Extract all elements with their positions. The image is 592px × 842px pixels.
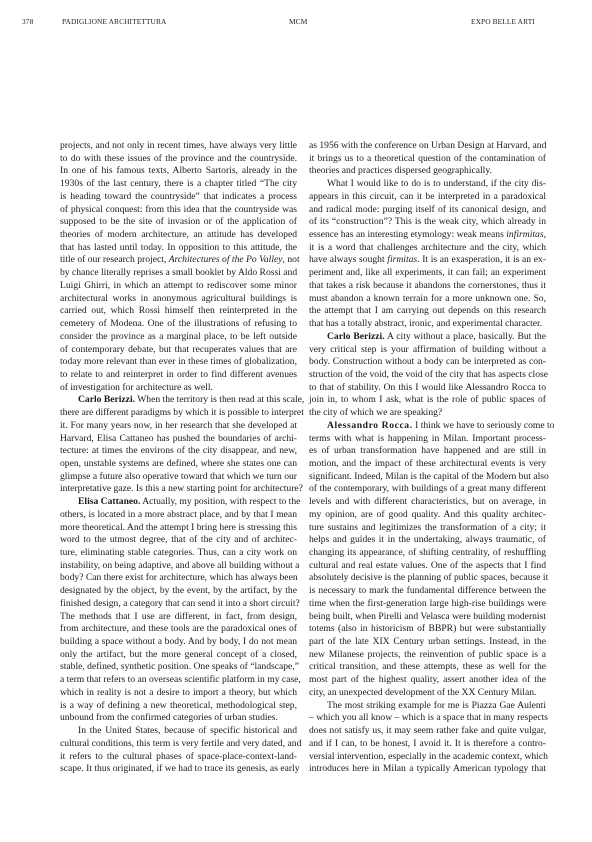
text-line: interpretative gaze. Is this a new start…	[60, 483, 297, 496]
text-line: absolutely decisive is the planning of p…	[309, 572, 546, 585]
line-text: finished design, a category that can sen…	[60, 598, 300, 609]
text-line: instability, on being adaptive, and abov…	[60, 560, 297, 573]
line-text: Luigi Ghirri, in which an attempt to red…	[60, 280, 297, 291]
text-line: open, unstable systems are defined, wher…	[60, 458, 297, 471]
line-text: being built, when Pirelli and Velasca we…	[309, 611, 546, 622]
line-text: does not satisfy us, it may seem rather …	[309, 725, 546, 736]
text-line: to relate to and reinterpret in order to…	[60, 369, 297, 382]
text-line: it is a word that challenges architectur…	[309, 242, 546, 255]
text-line: introduces here in Milan a typically Ame…	[309, 763, 546, 776]
line-text: title of our research project,	[60, 254, 169, 265]
text-line: there are different paradigms by which i…	[60, 407, 297, 420]
text-line: of contemporary debate, but that recuper…	[60, 344, 297, 357]
text-line: which in reality is not a desire to impo…	[60, 687, 297, 700]
text-line: Carlo Berizzi. When the territory is the…	[60, 394, 297, 407]
line-text: 1930s of the last century, there is a ch…	[60, 178, 297, 189]
text-line: levels and with different characteristic…	[309, 496, 546, 509]
text-line: to do with these issues of the province …	[60, 153, 297, 166]
line-text: it brings us to a theoretical question o…	[309, 153, 546, 164]
text-line: of physical conquest: from this idea tha…	[60, 204, 297, 217]
line-text: is necessary to mark the fundamental dif…	[309, 585, 546, 596]
line-text: essence has an interesting etymology: we…	[309, 229, 506, 240]
line-text: theories and practices dispersed geograp…	[309, 165, 492, 176]
line-text: es of urban transformation have happened…	[309, 445, 546, 456]
text-line: In the United States, because of specifi…	[60, 725, 297, 738]
text-line: it. For many years now, in her research …	[60, 420, 297, 433]
line-text: body. Construction without a body can be…	[309, 356, 546, 367]
text-line: today more relevant than ever in these t…	[60, 356, 297, 369]
line-text: building a space without a body. And by …	[60, 636, 297, 647]
text-line: supposed to be the site of invasion or o…	[60, 216, 297, 229]
line-text: ture, eliminating stable categories. Thu…	[60, 547, 297, 558]
line-text: – which you all know – which is a space …	[309, 712, 548, 723]
header-right-label: EXPO BELLE ARTI	[471, 17, 535, 26]
text-line: appears in this circuit, can it be inter…	[309, 191, 546, 204]
line-text: the city of which we are speaking?	[309, 407, 442, 418]
text-line: only the artifact, but the more general …	[60, 649, 297, 662]
line-text: unbound from the confirmed categories of…	[60, 712, 278, 723]
text-line: word to the utmost degree, that of the c…	[60, 534, 297, 547]
line-text-after: . It is an exasperation, it is an ex-	[417, 254, 546, 265]
line-text: supposed to be the site of invasion or o…	[60, 216, 297, 227]
line-text: which in reality is not a desire to impo…	[60, 687, 297, 698]
line-text: cultural conditions, this term is very f…	[60, 738, 301, 749]
line-text: most part of the highest quality, assert…	[309, 674, 546, 685]
text-line: title of our research project, Architect…	[60, 254, 297, 267]
text-line: body? Can there exist for architecture, …	[60, 572, 297, 585]
text-line: the attempt that I am carrying out depen…	[309, 305, 546, 318]
text-line: motion, and the impact of these architec…	[309, 458, 546, 471]
text-line: finished design, a category that can sen…	[60, 598, 297, 611]
text-column-left: projects, and not only in recent times, …	[60, 140, 297, 776]
line-text-after: ,	[544, 229, 546, 240]
text-line: ture sustains and legitimizes the transf…	[309, 522, 546, 535]
line-text: part of the late XIX Century urban setti…	[309, 636, 546, 647]
line-text: versial intervention, especially in the …	[309, 751, 548, 762]
text-line: is a way of defining a new theoretical, …	[60, 700, 297, 713]
line-text: it. For many years now, in her research …	[60, 420, 297, 431]
line-text: that takes a risk because it abandons th…	[309, 280, 546, 291]
text-line: that has a totally abstract, ironic, and…	[309, 318, 546, 331]
text-line: that takes a risk because it abandons th…	[309, 280, 546, 293]
text-line: carried out, which Rossi himself then re…	[60, 305, 297, 318]
line-text: appears in this circuit, can it be inter…	[309, 191, 546, 202]
line-text: it is a word that challenges architectur…	[309, 242, 546, 253]
text-line: as 1956 with the conference on Urban Des…	[309, 140, 546, 153]
text-line: most part of the highest quality, assert…	[309, 674, 546, 687]
text-line: by chance literally reprises a small boo…	[60, 267, 297, 280]
text-line: critical transition, and these attempts,…	[309, 661, 546, 674]
line-text: the attempt that I am carrying out depen…	[309, 305, 546, 316]
line-text-after: , not	[283, 254, 300, 265]
line-text: is a way of defining a new theoretical, …	[60, 700, 297, 711]
line-text: In the United States, because of specifi…	[78, 725, 297, 736]
text-line: being built, when Pirelli and Velasca we…	[309, 611, 546, 624]
line-text: time when the first-generation large hig…	[309, 598, 546, 609]
text-line: it refers to the cultural phases of spac…	[60, 751, 297, 764]
text-line: that has lasted until today. In oppositi…	[60, 242, 297, 255]
text-line: Elisa Cattaneo. Actually, my position, w…	[60, 496, 297, 509]
line-text: The methods that I use are different, in…	[60, 611, 297, 622]
line-text: today more relevant than ever in these t…	[60, 356, 297, 367]
line-text: tecture: at times the environs of the ci…	[60, 445, 297, 456]
text-line: have always sought firmitas. It is an ex…	[309, 254, 546, 267]
text-line: time when the first-generation large hig…	[309, 598, 546, 611]
line-text: to that of stability. On this I would li…	[309, 382, 546, 393]
line-text: city, an unexpected development of the X…	[309, 687, 536, 698]
line-text: a term that refers to an overseas scient…	[60, 674, 301, 685]
line-text: consider the province as a marginal plac…	[60, 331, 297, 342]
line-text: cultural and real estate values. One of …	[309, 560, 546, 571]
line-text: of investigation for architecture as wel…	[60, 382, 213, 393]
line-text: What I would like to do is to understand…	[327, 178, 546, 189]
line-text: from architecture, and these tools are t…	[60, 623, 297, 634]
line-text: my opinion, are of good quality. And thi…	[309, 509, 546, 520]
line-text: must abandon a known terrain for a more …	[309, 293, 546, 304]
text-line: Luigi Ghirri, in which an attempt to red…	[60, 280, 297, 293]
text-line: significant. Indeed, Milan is the capita…	[309, 471, 546, 484]
page-number: 378	[22, 17, 33, 26]
text-line: ture, eliminating stable categories. Thu…	[60, 547, 297, 560]
text-line: tecture: at times the environs of the ci…	[60, 445, 297, 458]
line-text: projects, and not only in recent times, …	[60, 140, 297, 151]
text-line: glimpse a future also operative toward t…	[60, 471, 297, 484]
line-text: theories of modern architecture, an atti…	[60, 229, 297, 240]
text-line: unbound from the confirmed categories of…	[60, 712, 297, 725]
line-text: designated by the object, by the event, …	[60, 585, 297, 596]
line-text: instability, on being adaptive, and abov…	[60, 560, 299, 571]
text-line: of its “construction”? This is the weak …	[309, 216, 546, 229]
text-line: more theoretical. And the attempt I brin…	[60, 522, 297, 535]
text-line: struction of the void, the void of the c…	[309, 369, 546, 382]
line-text: as 1956 with the conference on Urban Des…	[309, 140, 546, 151]
text-line: and if I can, to be honest, I avoid it. …	[309, 738, 546, 751]
speaker-name: Elisa Cattaneo.	[78, 496, 140, 507]
speaker-name: Alessandro Rocca.	[327, 420, 413, 431]
text-line: versial intervention, especially in the …	[309, 751, 546, 764]
text-line: to that of stability. On this I would li…	[309, 382, 546, 395]
line-text: terms with what is happening in Milan. I…	[309, 433, 546, 444]
text-line: is necessary to mark the fundamental dif…	[309, 585, 546, 598]
line-text: open, unstable systems are defined, wher…	[60, 458, 297, 469]
line-text: Harvard, Elisa Cattaneo has pushed the b…	[60, 433, 297, 444]
line-text: of the contemporary, with buildings of a…	[309, 483, 546, 494]
line-text: absolutely decisive is the planning of p…	[309, 572, 548, 583]
text-line: consider the province as a marginal plac…	[60, 331, 297, 344]
line-text: very critical step is your affirmation o…	[309, 344, 546, 355]
line-text: glimpse a future also operative toward t…	[60, 471, 297, 482]
line-text: changing its appearance, of shifting cen…	[309, 547, 546, 558]
text-line: periment and, like all experiments, it c…	[309, 267, 546, 280]
text-line: my opinion, are of good quality. And thi…	[309, 509, 546, 522]
line-text: join in, to whom I ask, what is the role…	[309, 394, 546, 405]
text-line: from architecture, and these tools are t…	[60, 623, 297, 636]
line-text: struction of the void, the void of the c…	[309, 369, 548, 380]
text-line: stable, defined, synthetic position. One…	[60, 661, 297, 674]
line-text: have always sought	[309, 254, 387, 265]
line-text: I think we have to seriously come to	[413, 420, 555, 431]
text-line: new Milanese projects, the reinvention o…	[309, 649, 546, 662]
text-line: Harvard, Elisa Cattaneo has pushed the b…	[60, 433, 297, 446]
text-line: cemetery of Modena. One of the illustrat…	[60, 318, 297, 331]
text-line: theories of modern architecture, an atti…	[60, 229, 297, 242]
line-text: A city without a place, basically. But t…	[385, 331, 546, 342]
text-line: helps and guides it in the undertaking, …	[309, 534, 546, 547]
text-line: building a space without a body. And by …	[60, 636, 297, 649]
text-line: part of the late XIX Century urban setti…	[309, 636, 546, 649]
line-text: only the artifact, but the more general …	[60, 649, 297, 660]
italic-term: Architectures of the Po Valley	[169, 254, 283, 265]
line-text: of its “construction”? This is the weak …	[309, 216, 546, 227]
text-line: Alessandro Rocca. I think we have to ser…	[309, 420, 546, 433]
text-line: of investigation for architecture as wel…	[60, 382, 297, 395]
line-text: that has lasted until today. In oppositi…	[60, 242, 297, 253]
text-line: projects, and not only in recent times, …	[60, 140, 297, 153]
header-center-label: MCM	[289, 17, 307, 26]
line-text: of contemporary debate, but that recuper…	[60, 344, 297, 355]
text-line: theories and practices dispersed geograp…	[309, 165, 546, 178]
line-text: levels and with different characteristic…	[309, 496, 546, 507]
text-line: of the contemporary, with buildings of a…	[309, 483, 546, 496]
text-line: What I would like to do is to understand…	[309, 178, 546, 191]
line-text: critical transition, and these attempts,…	[309, 661, 546, 672]
running-header: 378 PADIGLIONE ARCHITETTURA MCM EXPO BEL…	[0, 17, 592, 31]
line-text: In one of his famous texts, Alberto Sart…	[60, 165, 297, 176]
line-text: new Milanese projects, the reinvention o…	[309, 649, 546, 660]
line-text: body? Can there exist for architecture, …	[60, 572, 298, 583]
text-line: Carlo Berizzi. A city without a place, b…	[309, 331, 546, 344]
line-text: architectural works in anonymous agricul…	[60, 293, 297, 304]
line-text: scape. It thus originated, if we had to …	[60, 763, 300, 774]
text-line: The most striking example for me is Piaz…	[309, 700, 546, 713]
line-text: significant. Indeed, Milan is the capita…	[309, 471, 549, 482]
text-line: is heading toward the countryside” that …	[60, 191, 297, 204]
line-text: stable, defined, synthetic position. One…	[60, 661, 299, 672]
text-line: scape. It thus originated, if we had to …	[60, 763, 297, 776]
line-text: cemetery of Modena. One of the illustrat…	[60, 318, 297, 329]
text-line: a term that refers to an overseas scient…	[60, 674, 297, 687]
text-line: The methods that I use are different, in…	[60, 611, 297, 624]
line-text: by chance literally reprises a small boo…	[60, 267, 297, 278]
line-text: interpretative gaze. Is this a new start…	[60, 483, 303, 494]
text-line: very critical step is your affirmation o…	[309, 344, 546, 357]
line-text: carried out, which Rossi himself then re…	[60, 305, 297, 316]
text-line: the city of which we are speaking?	[309, 407, 546, 420]
line-text: and if I can, to be honest, I avoid it. …	[309, 738, 546, 749]
text-column-right: as 1956 with the conference on Urban Des…	[309, 140, 546, 776]
text-line: In one of his famous texts, Alberto Sart…	[60, 165, 297, 178]
line-text: periment and, like all experiments, it c…	[309, 267, 546, 278]
line-text: of physical conquest: from this idea tha…	[60, 204, 297, 215]
line-text: there are different paradigms by which i…	[60, 407, 304, 418]
speaker-name: Carlo Berizzi.	[78, 394, 135, 405]
line-text: others, is located in a more abstract pl…	[60, 509, 297, 520]
line-text: totems (also in historicism of BBPR) but…	[309, 623, 546, 634]
line-text: is heading toward the countryside” that …	[60, 191, 297, 202]
line-text: to relate to and reinterpret in order to…	[60, 369, 297, 380]
text-line: es of urban transformation have happened…	[309, 445, 546, 458]
text-line: essence has an interesting etymology: we…	[309, 229, 546, 242]
italic-term: firmitas	[387, 254, 417, 265]
text-line: must abandon a known terrain for a more …	[309, 293, 546, 306]
header-section-title: PADIGLIONE ARCHITETTURA	[62, 17, 166, 26]
line-text: When the territory is then read at this …	[135, 394, 304, 405]
text-line: designated by the object, by the event, …	[60, 585, 297, 598]
text-line: architectural works in anonymous agricul…	[60, 293, 297, 306]
text-line: cultural and real estate values. One of …	[309, 560, 546, 573]
text-line: and radical mode: purging itself of its …	[309, 204, 546, 217]
text-line: totems (also in historicism of BBPR) but…	[309, 623, 546, 636]
line-text: and radical mode: purging itself of its …	[309, 204, 546, 215]
line-text: helps and guides it in the undertaking, …	[309, 534, 546, 545]
italic-term: infirmitas	[506, 229, 543, 240]
text-line: it brings us to a theoretical question o…	[309, 153, 546, 166]
text-line: changing its appearance, of shifting cen…	[309, 547, 546, 560]
text-line: – which you all know – which is a space …	[309, 712, 546, 725]
text-line: does not satisfy us, it may seem rather …	[309, 725, 546, 738]
text-line: join in, to whom I ask, what is the role…	[309, 394, 546, 407]
text-line: body. Construction without a body can be…	[309, 356, 546, 369]
line-text: Actually, my position, with respect to t…	[140, 496, 300, 507]
speaker-name: Carlo Berizzi.	[327, 331, 385, 342]
line-text: it refers to the cultural phases of spac…	[60, 751, 297, 762]
text-line: others, is located in a more abstract pl…	[60, 509, 297, 522]
line-text: The most striking example for me is Piaz…	[327, 700, 546, 711]
line-text: ture sustains and legitimizes the transf…	[309, 522, 546, 533]
line-text: to do with these issues of the province …	[60, 153, 297, 164]
text-line: terms with what is happening in Milan. I…	[309, 433, 546, 446]
line-text: motion, and the impact of these architec…	[309, 458, 546, 469]
text-line: city, an unexpected development of the X…	[309, 687, 546, 700]
line-text: introduces here in Milan a typically Ame…	[309, 763, 546, 774]
text-line: 1930s of the last century, there is a ch…	[60, 178, 297, 191]
line-text: word to the utmost degree, that of the c…	[60, 534, 297, 545]
line-text: more theoretical. And the attempt I brin…	[60, 522, 297, 533]
line-text: that has a totally abstract, ironic, and…	[309, 318, 542, 329]
text-line: cultural conditions, this term is very f…	[60, 738, 297, 751]
